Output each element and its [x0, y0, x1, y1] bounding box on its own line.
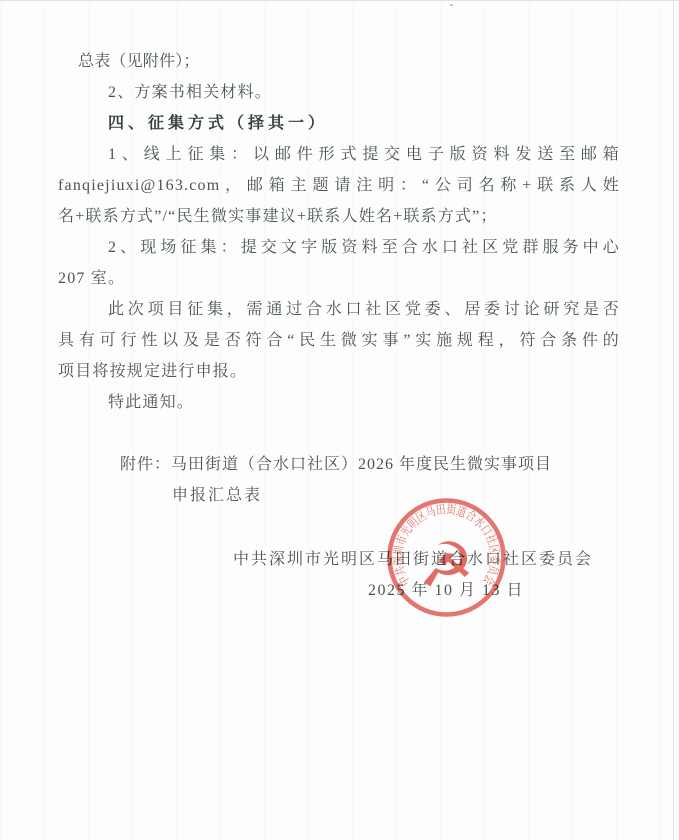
scanned-notice-page: 总表（见附件）； 2、方案书相关材料。 四、征集方式（择其一） 1、线上征集：以… [0, 0, 679, 840]
body-line-review-1: 此次项目征集，需通过合水口社区党委、居委讨论研究是否 [58, 294, 620, 325]
attachment-line-2: 申报汇总表 [58, 480, 620, 511]
notice-body: 总表（见附件）； 2、方案书相关材料。 四、征集方式（择其一） 1、线上征集：以… [58, 46, 620, 606]
attachment-line-1: 附件：马田街道（合水口社区）2026 年度民生微实事项目 [58, 449, 620, 480]
section-heading-4: 四、征集方式（择其一） [58, 108, 620, 139]
body-line-notice-close: 特此通知。 [58, 387, 620, 418]
signature-date: 2025 年 10 月 13 日 [58, 575, 620, 606]
hammer-sickle-icon: ☭ [419, 529, 475, 602]
body-line-email-cont: 名+联系方式”/“民生微实事建议+联系人姓名+联系方式”； [58, 201, 620, 232]
official-seal: 中共深圳市光明区马田街道合水口社区委员会 ☭ [376, 487, 517, 628]
body-line-review-2: 具有可行性以及是否符合“民生微实事”实施规程，符合条件的 [58, 325, 620, 356]
body-line-item2: 2、方案书相关材料。 [58, 77, 620, 108]
body-line-continuation: 总表（见附件）； [58, 46, 620, 77]
body-line-room: 207 室。 [58, 263, 620, 294]
scan-speck [450, 4, 453, 6]
body-line-onsite-collect: 2、现场征集：提交文字版资料至合水口社区党群服务中心 [58, 232, 620, 263]
signature-org-name: 中共深圳市光明区马田街道合水口社区委员会 [58, 544, 620, 575]
body-line-email: fanqiejiuxi@163.com，邮箱主题请注明：“公司名称+联系人姓 [58, 170, 620, 201]
scan-edge-line [673, 1, 674, 840]
body-line-review-3: 项目将按规定进行申报。 [58, 356, 620, 387]
body-line-online-collect: 1、线上征集：以邮件形式提交电子版资料发送至邮箱 [58, 139, 620, 170]
